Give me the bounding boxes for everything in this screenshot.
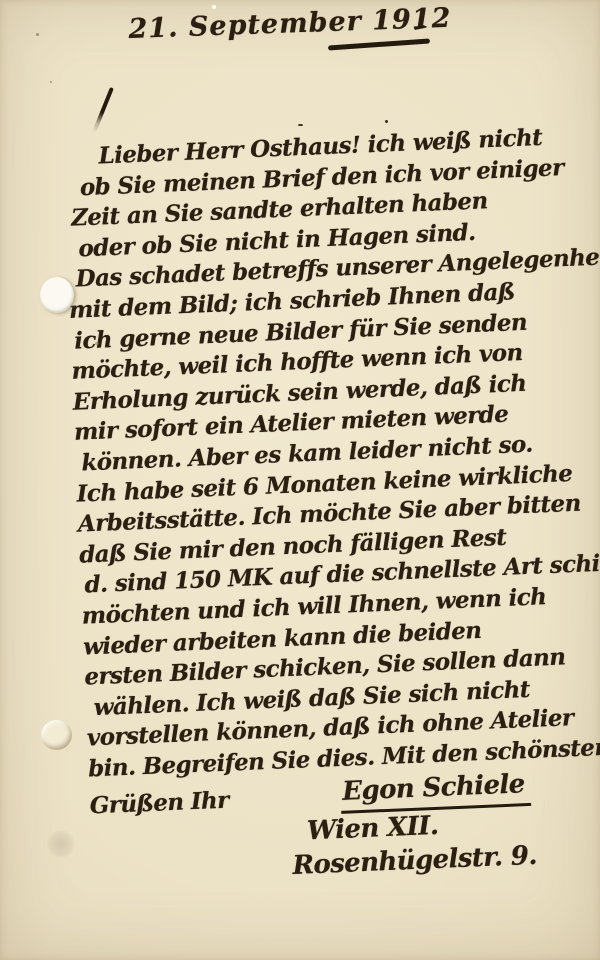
hole-punch-middle: [41, 720, 72, 750]
paper-speck: [36, 33, 39, 36]
ink-speck: [385, 120, 388, 123]
paper-speck: [50, 81, 52, 83]
closing-phrase: Grüßen Ihr: [89, 783, 229, 825]
ink-speck: [298, 124, 303, 126]
letter-photo: 21. September 1912 Lieber Herr Osthaus! …: [0, 0, 600, 960]
paper-speck: [95, 342, 99, 345]
hole-punch-top: [40, 277, 74, 313]
paper-notch: [212, 5, 216, 9]
letter-body: Lieber Herr Osthaus! ich weiß nicht ob S…: [62, 122, 597, 892]
signature: Egon Schiele: [340, 766, 532, 814]
paper-smudge: [47, 830, 75, 858]
